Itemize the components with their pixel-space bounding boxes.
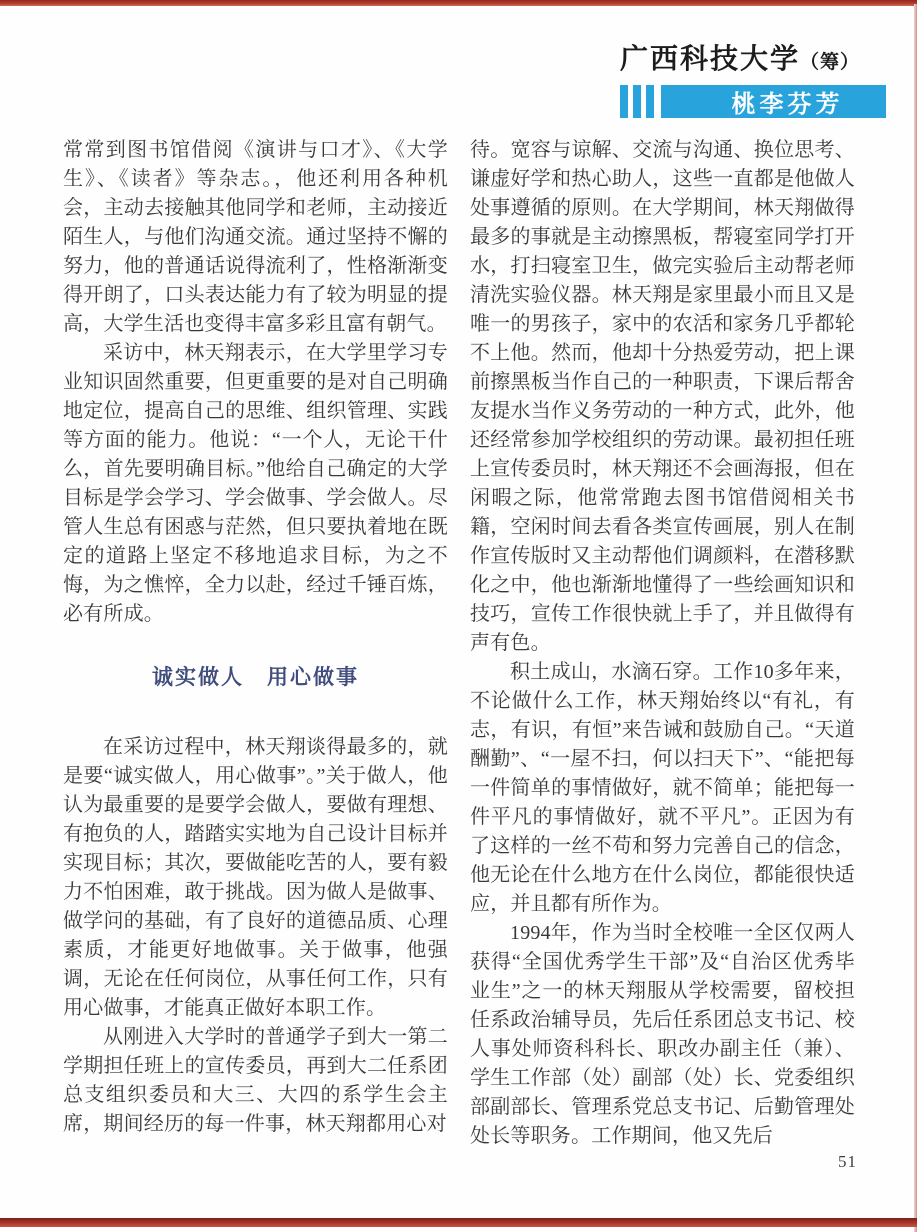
bottom-border-rule <box>0 1218 917 1227</box>
banner-label-box: 桃李芬芳 <box>661 85 886 118</box>
paragraph: 积土成山，水滴石穿。工作10多年来，不论做什么工作，林天翔始终以“有礼，有志，有… <box>470 658 855 919</box>
paragraph: 在采访过程中，林天翔谈得最多的，就是要“诚实做人，用心做事”。”关于做人，他认为… <box>63 733 448 1023</box>
paragraph: 常常到图书馆借阅《演讲与口才》、《大学生》、《读者》等杂志。，他还利用各种机会，… <box>63 136 448 339</box>
magazine-page: 广西科技大学（筹） 桃李芬芳 常常到图书馆借阅《演讲与口才》、《大学生》、《读者… <box>0 0 917 1232</box>
paragraph: 采访中，林天翔表示，在大学里学习专业知识固然重要，但更重要的是对自己明确地定位，… <box>63 339 448 629</box>
banner-bar-icon <box>633 85 641 118</box>
right-column: 待。宽容与谅解、交流与沟通、换位思考、谦虚好学和热心助人，这些一直都是他做人处事… <box>470 136 855 1151</box>
university-title-text: 广西科技大学 <box>620 43 800 74</box>
page-header: 广西科技大学（筹） 桃李芬芳 <box>620 42 886 118</box>
top-border-rule <box>0 0 917 6</box>
section-banner: 桃李芬芳 <box>620 85 886 118</box>
banner-bar-icon <box>646 85 654 118</box>
university-title: 广西科技大学（筹） <box>620 42 886 80</box>
section-heading: 诚实做人 用心做事 <box>63 661 448 691</box>
university-title-suffix: （筹） <box>800 52 860 73</box>
page-number: 51 <box>838 1152 857 1172</box>
banner-label: 桃李芬芳 <box>732 84 844 119</box>
banner-bar-icon <box>620 85 628 118</box>
article-body: 常常到图书馆借阅《演讲与口才》、《大学生》、《读者》等杂志。，他还利用各种机会，… <box>63 136 855 1151</box>
paragraph: 1994年，作为当时全校唯一全区仅两人获得“全国优秀学生干部”及“自治区优秀毕业… <box>470 919 855 1151</box>
paragraph: 待。宽容与谅解、交流与沟通、换位思考、谦虚好学和热心助人，这些一直都是他做人处事… <box>470 136 855 658</box>
left-column: 常常到图书馆借阅《演讲与口才》、《大学生》、《读者》等杂志。，他还利用各种机会，… <box>63 136 448 1151</box>
paragraph: 从刚进入大学时的普通学子到大一第二学期担任班上的宣传委员，再到大二任系团总支组织… <box>63 1023 448 1139</box>
